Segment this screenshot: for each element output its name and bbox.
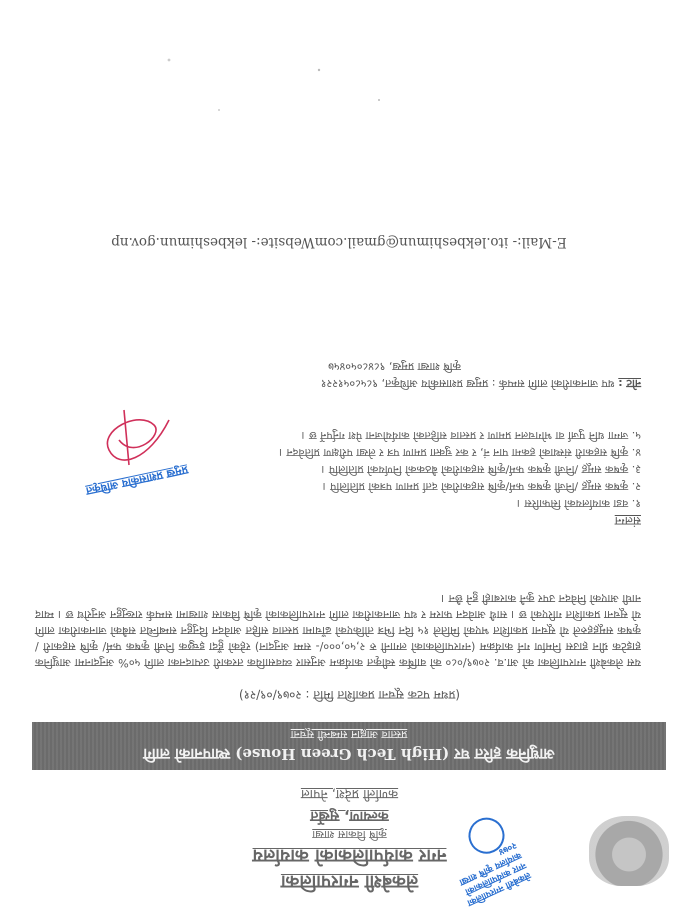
note-label: नोट : (618, 377, 641, 390)
notice-title: आधुनिक हरित घर (High Tech Green House) स… (32, 744, 666, 770)
signature-block: प्रमुख प्रशासकीय अधिकृत (49, 390, 199, 500)
branch-name: कृषि विकास शाखा (0, 827, 699, 842)
attachments-list: १. वडा कार्यालयको सिफारिस । २. कृषक समूह… (121, 427, 641, 512)
letterhead: लेकबेशी नगरपालिका नगर कार्यपालिकाको कार्… (0, 786, 699, 906)
notice-body-paragraph: यस लेकबेशी नगरपालिका को आ.व. २०७९/०८० को… (35, 590, 641, 670)
contact-note: नोट : थप जानकारीको लागि सम्पर्क : प्रमुख… (81, 358, 641, 392)
location-line-1: कल्याण, सुर्खेत (0, 807, 699, 826)
notice-banner: आधुनिक हरित घर (High Tech Green House) स… (32, 722, 666, 770)
note-text: थप जानकारीको लागि सम्पर्क : प्रमुख प्रशा… (321, 377, 615, 390)
scan-noise (119, 20, 419, 140)
notice-subtitle: प्रस्ताव आह्वान सम्बन्धी सूचना (32, 727, 666, 744)
publication-date: (प्रथम पटक सूचना प्रकाशित मिति : २०७९/०९… (0, 687, 699, 704)
list-item: २. कृषक समूह /निजी कृषक फर्म/कृषि सहकारी… (121, 478, 641, 495)
signature-icon (89, 400, 179, 480)
office-name: लेकबेशी नगरपालिका (0, 870, 699, 894)
location-line-2: कर्णाली प्रदेश, नेपाल (0, 786, 699, 804)
list-item: ५. जग्गा धनि पुर्जा वा भोगचलन प्रमाण र प… (121, 427, 641, 444)
list-item: १. वडा कार्यालयको सिफारिस । (121, 495, 641, 512)
note-text-2: कृषि शाखा प्रमुख, ९८४८०५०४५७ (328, 360, 641, 373)
office-subtitle: नगर कार्यपालिकाको कार्यालय (0, 844, 699, 868)
attachments-heading: संलग्न (615, 513, 641, 530)
list-item: ३. कृषक समूह /निजी कृषक फर्म/कृषि सहकारी… (121, 461, 641, 478)
rotated-scanned-page: लेकबेशी नगरपालिका नगर कार्यपालिकाको कार्… (0, 0, 699, 910)
email-website-line: E-Mail:- ito.lekbeshimun@gmail.comWebsit… (79, 234, 599, 250)
list-item: ४. कृषि सहकारी संस्थाको हकमा पान नं, र क… (121, 444, 641, 461)
